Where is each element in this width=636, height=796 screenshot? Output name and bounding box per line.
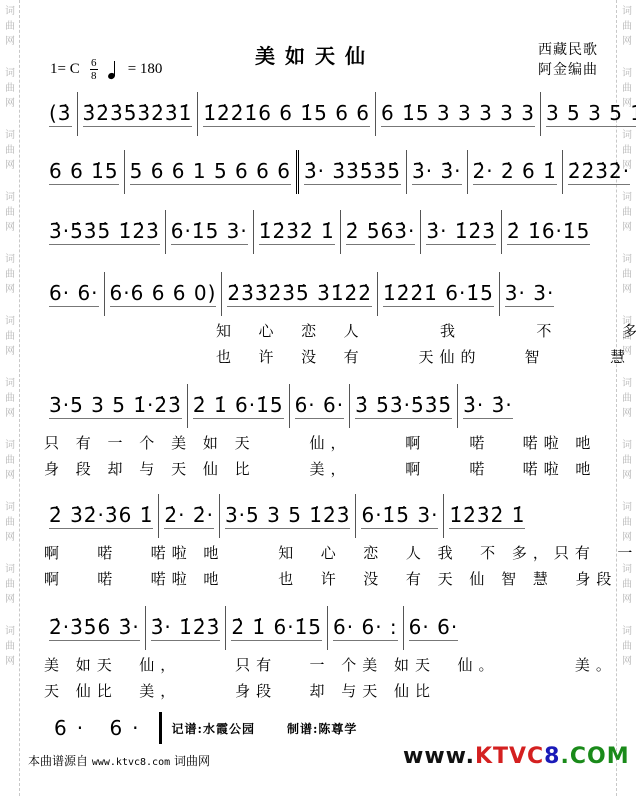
measure: 6 6 1̇5 bbox=[44, 150, 124, 194]
key-tempo-marking: 1= C 6 8 = 180 bbox=[50, 58, 162, 81]
measure: 3·5 3 5 1̇2̇3̇ bbox=[219, 494, 356, 538]
measure: 6· 6· bbox=[289, 384, 350, 428]
watermark-group: 词曲网 bbox=[0, 252, 20, 297]
measure: 2̇ 1̇6·1̇5 bbox=[501, 210, 595, 254]
time-signature: 6 8 bbox=[90, 58, 98, 81]
notes-line: 2̇·3̇5̇6̇ 3̇·3̇· 1̇2̇3̇2̇ 1̇ 6·1̇56· 6· … bbox=[44, 606, 604, 650]
watermark-group: 词曲网 bbox=[0, 438, 20, 483]
lyrics-verse-2: 啊 喏 喏啦 吔 也 许 没 有 天 仙 智 慧 身段 却 与 bbox=[44, 568, 604, 589]
watermark-group: 词曲网 bbox=[0, 562, 20, 607]
measure: 3̇· 1̇2̇3̇ bbox=[420, 210, 501, 254]
score-line: 3̇·5̇3̇5̇ 1̇2̇3̇6·1̇5 3·1̇2̇3̇2̇ 1̇2̇ 5̇… bbox=[44, 210, 604, 272]
measure: 2̇3̇3̇2̇3̇5̇ 3̇1̇2̇2̇ bbox=[221, 272, 377, 316]
measure-notes: 3·5 3 5 1̇·2̇3̇ bbox=[49, 393, 182, 419]
origin-label: 西藏民歌 bbox=[538, 40, 616, 60]
measure-notes: 3̇· 3̇· bbox=[463, 393, 513, 419]
measure: 3̇·5̇3̇5̇ 1̇2̇3̇ bbox=[44, 210, 165, 254]
score-header: 1= C 6 8 = 180 美如天仙 西藏民歌 阿金编曲 bbox=[20, 0, 616, 90]
measure-notes: 1̇2̇2̇1̇ 6·1̇5 bbox=[383, 281, 494, 307]
measure-notes: 6· 6· bbox=[409, 615, 459, 641]
measure-notes: 3 5 3 5 1̇2̇3̇ bbox=[546, 101, 636, 127]
measure: 3̇· 3̇3̇5̇3̇5̇ bbox=[296, 150, 406, 194]
source-url-link[interactable]: www.ktvc8.com bbox=[92, 757, 170, 768]
measure-notes: 6 1̇5 3 3 3 3 3 bbox=[381, 101, 535, 127]
measure-notes: 2̇ 1̇ 6·1̇5 bbox=[193, 393, 284, 419]
measure-notes: 6· 6· bbox=[295, 393, 345, 419]
jianpu-score: (3̇3̇2̇3̇5̇3̇2̇3̇1̇1̇2̇2̇1̇6 6 1̇5 6 66 … bbox=[44, 92, 604, 716]
measure-notes: 2̇ 1̇ 6·1̇5 bbox=[231, 615, 322, 641]
measure: 2̇· 2̇ 6 1̇ bbox=[467, 150, 562, 194]
final-notes: 6· 6· bbox=[44, 712, 162, 744]
measure-notes: 2̇·3̇5̇6̇ 3̇· bbox=[49, 615, 140, 641]
lyrics-verse-2: 身 段 却 与 天 仙 比 美， 啊 喏 喏啦 吔 bbox=[44, 458, 604, 479]
measure: 6· 6· bbox=[44, 272, 104, 316]
measure: 1̇2̇2̇1̇ 6·1̇5 bbox=[377, 272, 499, 316]
measure-notes: 6· 6· bbox=[49, 281, 99, 307]
tempo-value: = 180 bbox=[128, 61, 163, 78]
score-line: 6· 6·6·6 6 6 0)2̇3̇3̇2̇3̇5̇ 3̇1̇2̇2̇1̇2̇… bbox=[44, 272, 604, 384]
measure: 2̇ 5̇6̇3̇· bbox=[340, 210, 421, 254]
measure: 6·6 6 6 0) bbox=[104, 272, 222, 316]
score-line: 2̇ 3̇2̇·3̇6 1̇2̇· 2̇·3·5 3 5 1̇2̇3̇6·1̇5… bbox=[44, 494, 604, 606]
measure-notes: 3̇·5̇3̇5̇ 1̇2̇3̇ bbox=[49, 219, 160, 245]
measure-notes: 3̇· 3̇· bbox=[412, 159, 462, 185]
measure: 6· 6· : bbox=[327, 606, 403, 650]
measure: 2̇ 3̇2̇·3̇6 1̇ bbox=[44, 494, 158, 538]
measure: 1̇2̇3̇2̇ 1̇ bbox=[253, 210, 340, 254]
measure-notes: 6· 6· : bbox=[333, 615, 398, 641]
measure-notes: 1̇2̇2̇1̇6 6 1̇5 6 6 bbox=[203, 101, 370, 127]
arranger-label: 阿金编曲 bbox=[538, 60, 616, 80]
notes-line: 6· 6·6·6 6 6 0)2̇3̇3̇2̇3̇5̇ 3̇1̇2̇2̇1̇2̇… bbox=[44, 272, 604, 316]
measure-notes: 2̇ 1̇6·1̇5 bbox=[507, 219, 590, 245]
measure: 3 5 3 5 1̇2̇3̇ bbox=[540, 92, 636, 136]
measure-notes: 2̇· 2̇· bbox=[164, 503, 214, 529]
watermark-group: 词曲网 bbox=[0, 4, 20, 49]
lyrics-verse-2: 也 许 没 有 天仙的 智 慧 bbox=[216, 346, 636, 367]
notes-line: 3̇·5̇3̇5̇ 1̇2̇3̇6·1̇5 3·1̇2̇3̇2̇ 1̇2̇ 5̇… bbox=[44, 210, 604, 254]
measure-notes: 3·5 3 5 1̇2̇3̇ bbox=[225, 503, 351, 529]
left-watermark-strip: 词曲网词曲网词曲网词曲网词曲网词曲网词曲网词曲网词曲网词曲网词曲网 bbox=[0, 0, 20, 796]
lyrics-verse-1: 知 心 恋 人 我 不 多， bbox=[216, 320, 636, 341]
score-line: 3·5 3 5 1̇·2̇3̇2̇ 1̇ 6·1̇56· 6·3̇ 5̇3̇·5… bbox=[44, 384, 604, 494]
notes-line: 3·5 3 5 1̇·2̇3̇2̇ 1̇ 6·1̇56· 6·3̇ 5̇3̇·5… bbox=[44, 384, 604, 428]
measure-notes: 5 6 6 1 5 6 6 6 bbox=[130, 159, 291, 185]
measure: 3̇ 5̇3̇·5̇3̇5̇ bbox=[349, 384, 457, 428]
watermark-group: 词曲网 bbox=[617, 500, 636, 545]
measure-notes: 3̇ 5̇3̇·5̇3̇5̇ bbox=[355, 393, 452, 419]
measure-notes: (3̇ bbox=[49, 101, 72, 127]
measure-notes: 3· 3· bbox=[505, 281, 555, 307]
measure-notes: 6·1̇5̇ 3· bbox=[361, 503, 438, 529]
measure-notes: 3̇2̇3̇5̇3̇2̇3̇1̇ bbox=[83, 101, 193, 127]
measure: 2̇·3̇5̇6̇ 3̇· bbox=[44, 606, 145, 650]
measure: 1̇2̇3̇2̇ 1̇ bbox=[443, 494, 530, 538]
watermark-group: 词曲网 bbox=[617, 376, 636, 421]
notes-line: 2̇ 3̇2̇·3̇6 1̇2̇· 2̇·3·5 3 5 1̇2̇3̇6·1̇5… bbox=[44, 494, 604, 538]
measure: 6· 6· bbox=[403, 606, 464, 650]
measure: 3· 3· bbox=[499, 272, 560, 316]
key-signature: 1= C bbox=[50, 61, 80, 78]
watermark-group: 词曲网 bbox=[0, 376, 20, 421]
score-line: 6 6 1̇55 6 6 1 5 6 6 63̇· 3̇3̇5̇3̇5̇3̇· … bbox=[44, 150, 604, 210]
measure-notes: 1̇2̇3̇2̇ 1̇ bbox=[259, 219, 335, 245]
measure-notes: 6·6 6 6 0) bbox=[110, 281, 217, 307]
final-measure-line: 6· 6· 记谱:水霞公园 制谱:陈尊学 bbox=[44, 712, 357, 744]
recorder-credit: 记谱:水霞公园 bbox=[172, 720, 255, 737]
measure-notes: 3̇· 1̇2̇3̇ bbox=[151, 615, 221, 641]
watermark-group: 词曲网 bbox=[0, 314, 20, 359]
credits: 西藏民歌 阿金编曲 bbox=[538, 40, 616, 80]
watermark-group: 词曲网 bbox=[0, 66, 20, 111]
measure: 3̇· 3̇· bbox=[457, 384, 518, 428]
measure: (3̇ bbox=[44, 92, 77, 136]
measure-notes: 2̇· 2̇ 6 1̇ bbox=[473, 159, 557, 185]
score-line: 2̇·3̇5̇6̇ 3̇·3̇· 1̇2̇3̇2̇ 1̇ 6·1̇56· 6· … bbox=[44, 606, 604, 716]
measure: 2̇ 1̇ 6·1̇5 bbox=[225, 606, 327, 650]
measure: 2̇· 2̇· bbox=[158, 494, 219, 538]
watermark-group: 词曲网 bbox=[0, 624, 20, 669]
measure: 1̇2̇2̇1̇6 6 1̇5 6 6 bbox=[197, 92, 375, 136]
score-line: (3̇3̇2̇3̇5̇3̇2̇3̇1̇1̇2̇2̇1̇6 6 1̇5 6 66 … bbox=[44, 92, 604, 150]
watermark-group: 词曲网 bbox=[617, 624, 636, 669]
ktvc8-logo[interactable]: www.KTVC8.COM bbox=[403, 744, 630, 769]
measure: 5 6 6 1 5 6 6 6 bbox=[124, 150, 296, 194]
measure-notes: 2̇ 5̇6̇3̇· bbox=[346, 219, 416, 245]
lyrics-verse-1: 美 如天 仙， 只有 一 个美 如天 仙。 美。 bbox=[44, 654, 604, 675]
measure-notes: 2̇ 3̇2̇·3̇6 1̇ bbox=[49, 503, 153, 529]
notes-line: (3̇3̇2̇3̇5̇3̇2̇3̇1̇1̇2̇2̇1̇6 6 1̇5 6 66 … bbox=[44, 92, 604, 136]
measure-notes: 3̇· 1̇2̇3̇ bbox=[426, 219, 496, 245]
measure-notes: 2̇3̇3̇2̇3̇5̇ 3̇1̇2̇2̇ bbox=[227, 281, 372, 307]
measure-notes: 2̇2̇3̇2̇· bbox=[568, 159, 630, 185]
notes-line: 6 6 1̇55 6 6 1 5 6 6 63̇· 3̇3̇5̇3̇5̇3̇· … bbox=[44, 150, 604, 194]
measure: 3̇· 3̇· bbox=[406, 150, 467, 194]
measure: 6 1̇5 3 3 3 3 3 bbox=[375, 92, 540, 136]
measure: 2̇2̇3̇2̇· bbox=[562, 150, 635, 194]
song-title: 美如天仙 bbox=[255, 40, 375, 69]
measure: 3·5 3 5 1̇·2̇3̇ bbox=[44, 384, 187, 428]
lyrics-verse-1: 啊 喏 喏啦 吔 知 心 恋 人 我 不 多，只有 一 个 bbox=[44, 542, 604, 563]
lyrics-verse-1: 只 有 一 个 美 如 天 仙， 啊 喏 喏啦 吔 bbox=[44, 432, 604, 453]
engraver-credit: 制谱:陈尊学 bbox=[287, 720, 357, 737]
measure-notes: 1̇2̇3̇2̇ 1̇ bbox=[449, 503, 525, 529]
watermark-group: 词曲网 bbox=[0, 190, 20, 235]
quarter-note-icon bbox=[108, 61, 118, 79]
measure-notes: 3̇· 3̇3̇5̇3̇5̇ bbox=[304, 159, 401, 185]
measure: 6·1̇5̇ 3· bbox=[355, 494, 443, 538]
measure: 2̇ 1̇ 6·1̇5 bbox=[187, 384, 289, 428]
watermark-group: 词曲网 bbox=[617, 4, 636, 49]
measure: 3̇· 1̇2̇3̇ bbox=[145, 606, 226, 650]
watermark-group: 词曲网 bbox=[0, 128, 20, 173]
lyrics-verse-2: 天 仙比 美， 身段 却 与天 仙比 bbox=[44, 680, 604, 701]
watermark-group: 词曲网 bbox=[617, 190, 636, 235]
watermark-group: 词曲网 bbox=[617, 252, 636, 297]
watermark-group: 词曲网 bbox=[617, 438, 636, 483]
watermark-group: 词曲网 bbox=[0, 500, 20, 545]
measure: 6·1̇5 3· bbox=[165, 210, 253, 254]
source-attribution: 本曲谱源自 www.ktvc8.com 词曲网 bbox=[28, 752, 210, 769]
measure-notes: 6 6 1̇5 bbox=[49, 159, 119, 185]
measure: 3̇2̇3̇5̇3̇2̇3̇1̇ bbox=[77, 92, 198, 136]
measure-notes: 6·1̇5 3· bbox=[171, 219, 248, 245]
